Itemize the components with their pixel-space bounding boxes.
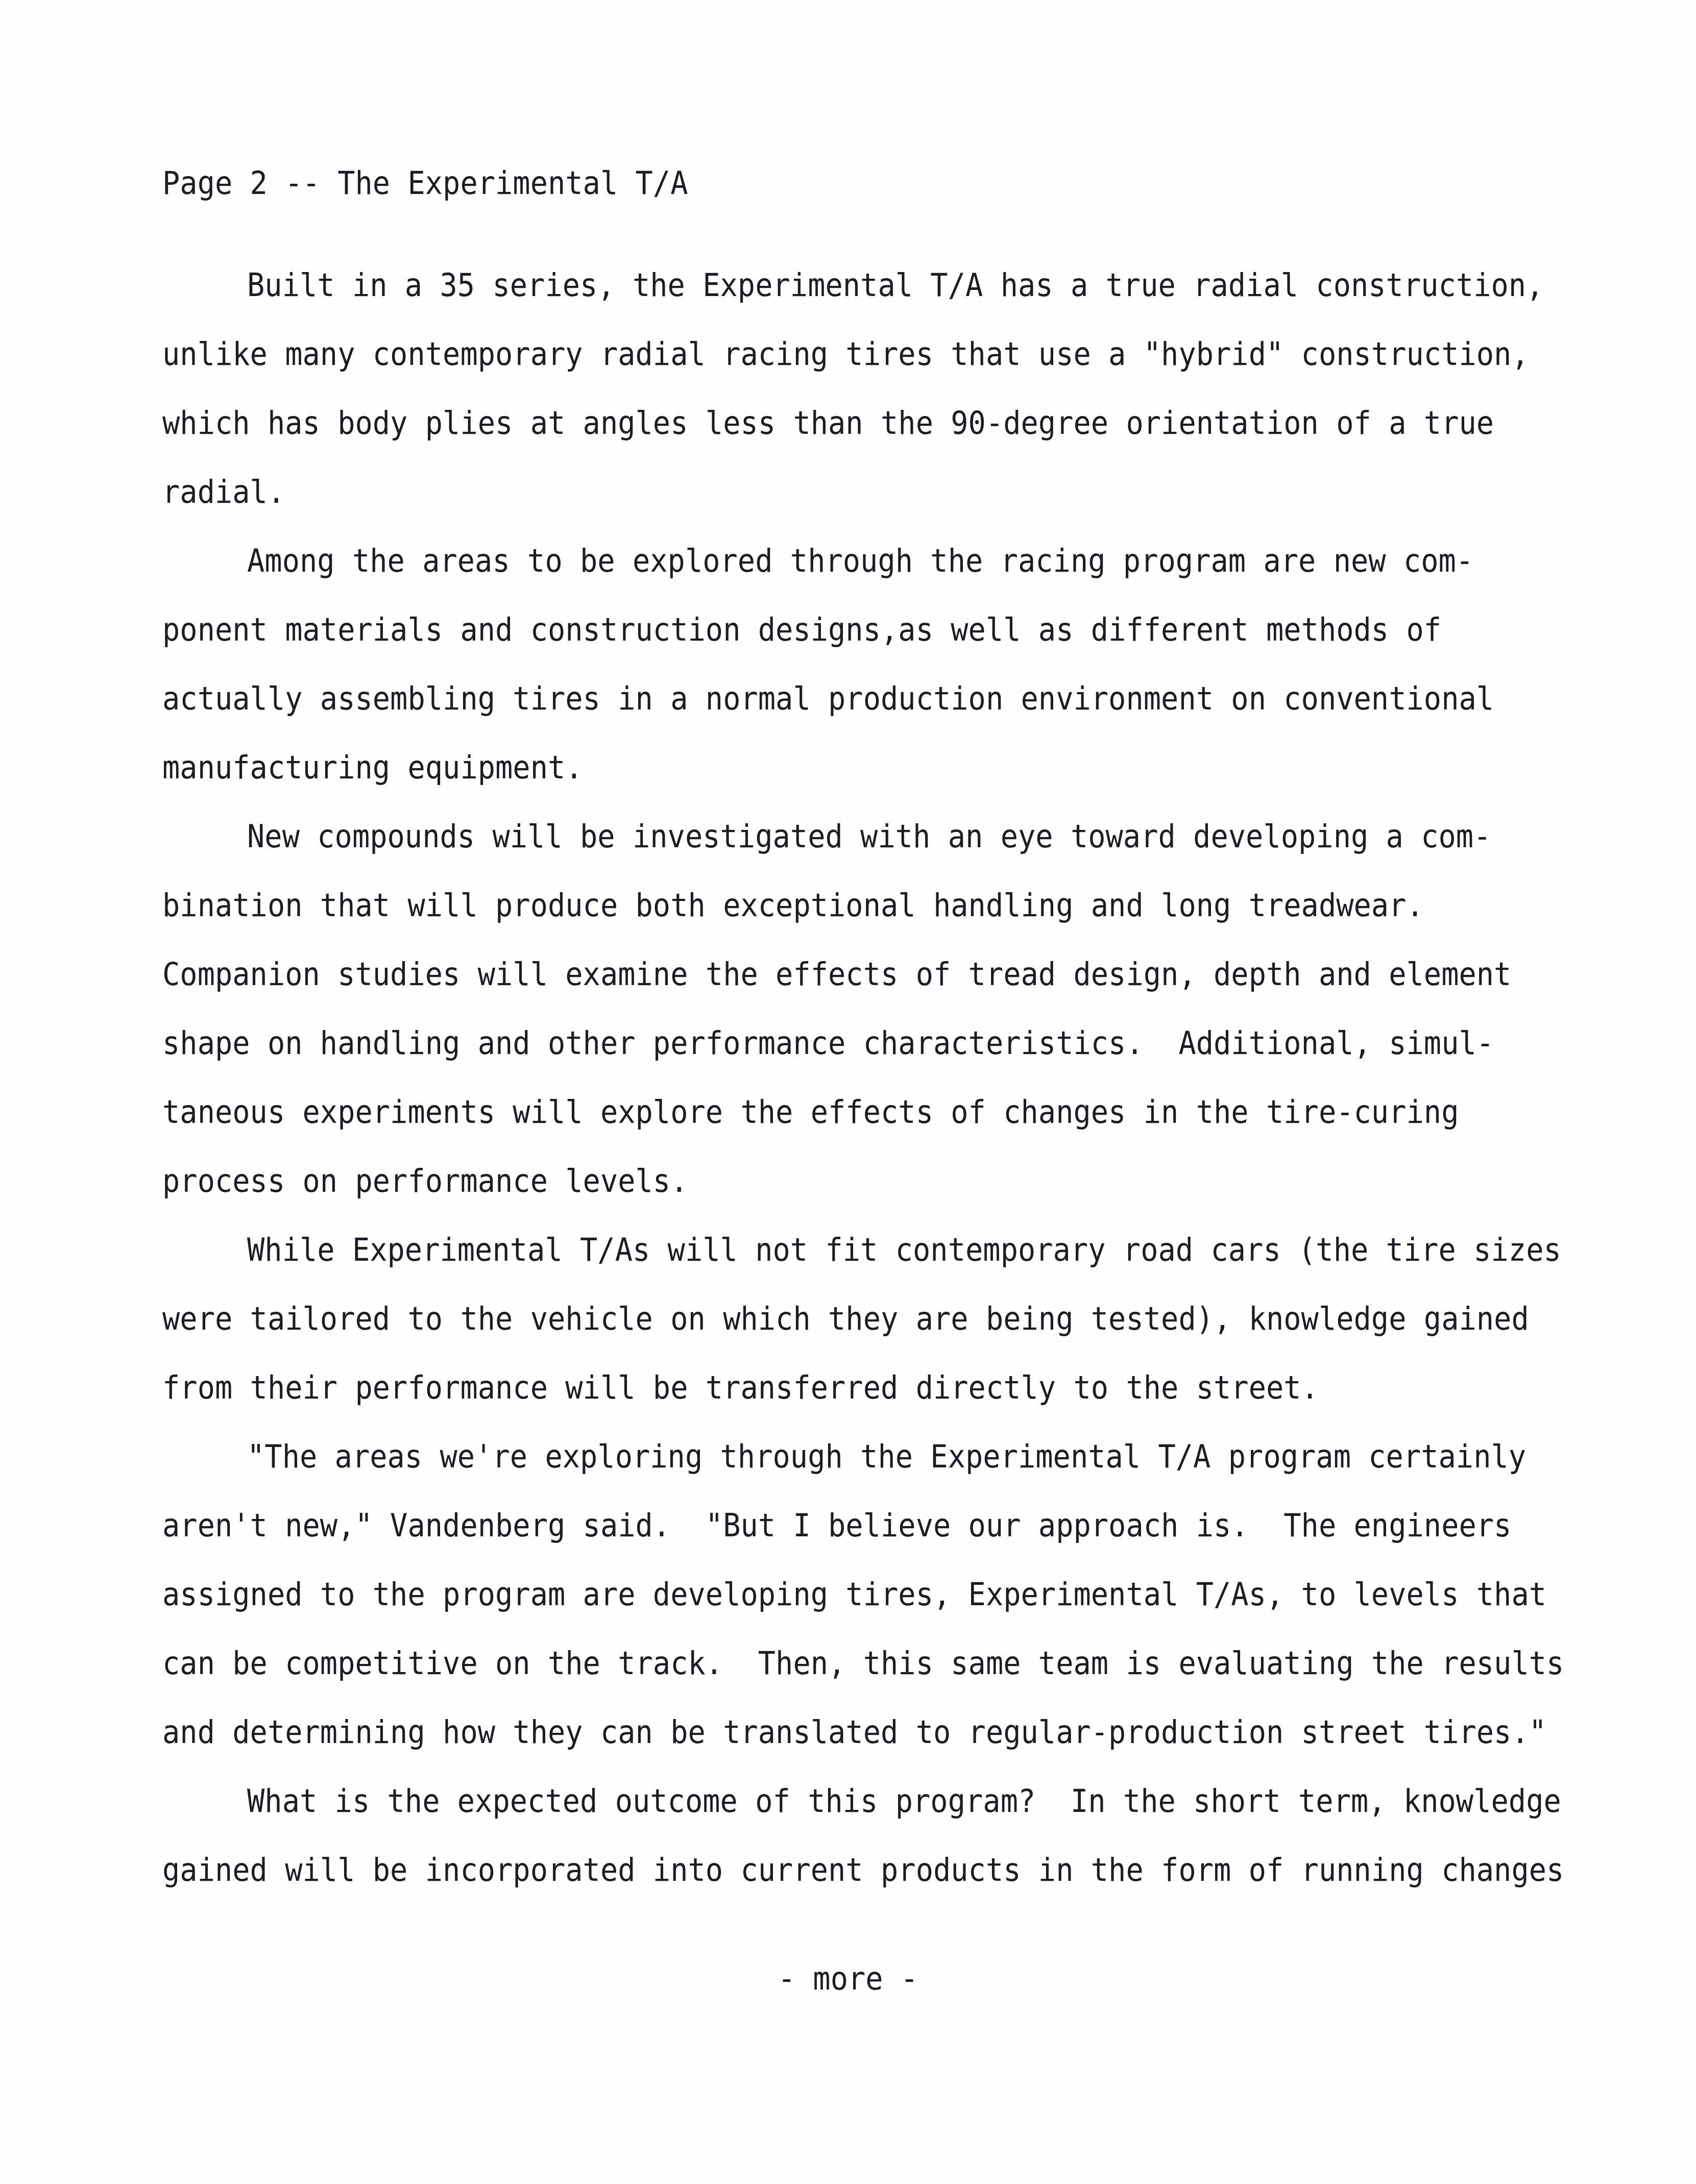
paragraph-2-line-3: actually assembling tires in a normal pr… [162,680,1494,719]
paragraph-1-line-4: radial. [162,473,285,512]
paragraph-5-line-5: and determining how they can be translat… [162,1713,1546,1752]
paragraph-5-line-4: can be competitive on the track. Then, t… [162,1645,1564,1683]
paragraph-6-line-1: What is the expected outcome of this pro… [247,1782,1561,1821]
paragraph-3-line-5: taneous experiments will explore the eff… [162,1093,1459,1132]
paragraph-1-line-1: Built in a 35 series, the Experimental T… [247,266,1543,305]
paragraph-5-line-2: aren't new," Vandenberg said. "But I bel… [162,1507,1511,1545]
paragraph-2-line-2: ponent materials and construction design… [162,611,1441,650]
page-header: Page 2 -- The Experimental T/A [162,164,688,203]
paragraph-1-line-2: unlike many contemporary radial racing t… [162,335,1529,374]
paragraph-4-line-3: from their performance will be transferr… [162,1369,1319,1408]
paragraph-4-line-2: were tailored to the vehicle on which th… [162,1300,1529,1339]
paragraph-3-line-1: New compounds will be investigated with … [247,818,1491,856]
paragraph-3-line-6: process on performance levels. [162,1162,688,1201]
paragraph-5-line-1: "The areas we're exploring through the E… [247,1438,1526,1477]
paragraph-3-line-3: Companion studies will examine the effec… [162,955,1511,994]
paragraph-3-line-2: bination that will produce both exceptio… [162,887,1424,925]
paragraph-2-line-4: manufacturing equipment. [162,749,583,788]
paragraph-3-line-4: shape on handling and other performance … [162,1024,1494,1063]
paragraph-1-line-3: which has body plies at angles less than… [162,404,1494,443]
paragraph-2-line-1: Among the areas to be explored through t… [247,542,1473,581]
continuation-marker: - more - [0,1960,1696,1999]
paragraph-6-line-2: gained will be incorporated into current… [162,1851,1564,1890]
paragraph-4-line-1: While Experimental T/As will not fit con… [247,1231,1561,1270]
paragraph-5-line-3: assigned to the program are developing t… [162,1576,1546,1614]
document-page: Page 2 -- The Experimental T/A Built in … [0,0,1696,2184]
